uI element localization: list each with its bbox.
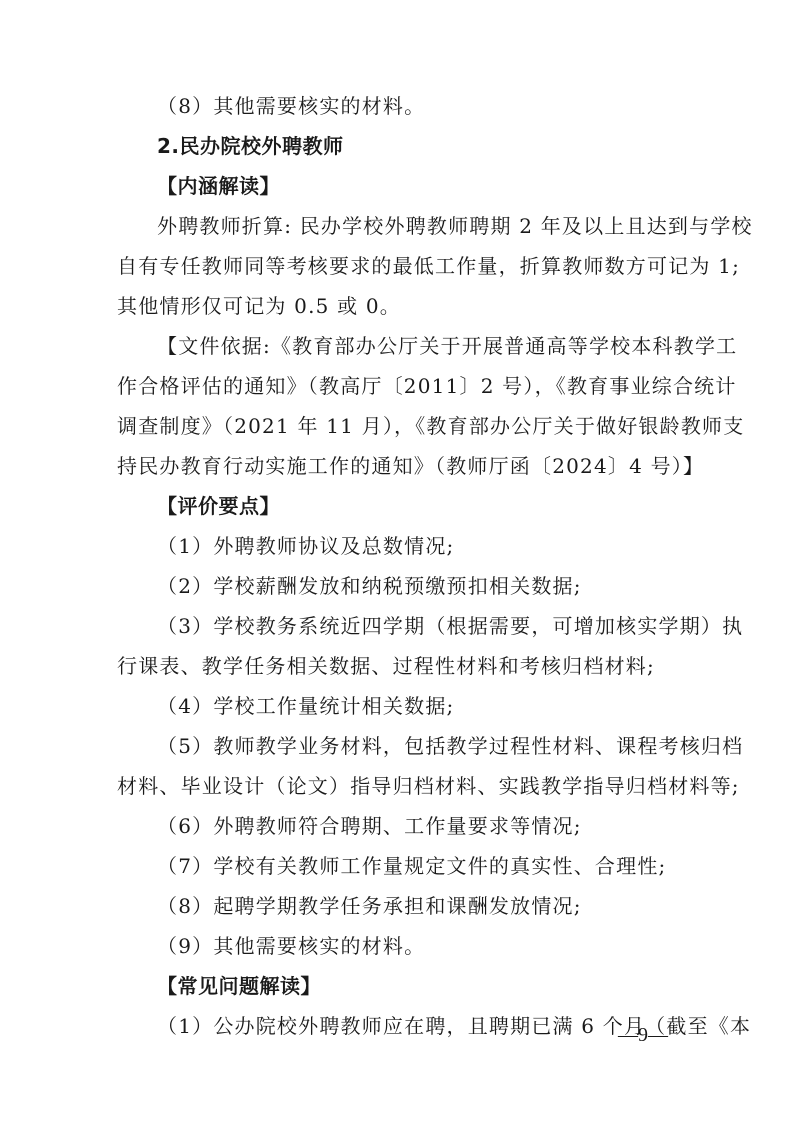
text-line: 作合格评估的通知》（教高厅〔2011〕2 号），《教育事业综合统计 xyxy=(117,374,677,398)
section-heading: 2.民办院校外聘教师 xyxy=(157,134,717,158)
text-line: （9）其他需要核实的材料。 xyxy=(157,934,717,958)
text-line: （1）外聘教师协议及总数情况; xyxy=(157,534,717,558)
text-line: （2）学校薪酬发放和纳税预缴预扣相关数据; xyxy=(157,574,717,598)
text-line: 材料、毕业设计（论文）指导归档材料、实践教学指导归档材料等; xyxy=(117,774,677,798)
text-line: （4）学校工作量统计相关数据; xyxy=(157,694,717,718)
section-heading: 【常见问题解读】 xyxy=(157,974,717,998)
page-number: —9— xyxy=(618,1024,668,1047)
text-line: （7）学校有关教师工作量规定文件的真实性、合理性; xyxy=(157,854,717,878)
section-heading: 【评价要点】 xyxy=(157,494,717,518)
text-line: 外聘教师折算: 民办学校外聘教师聘期 2 年及以上且达到与学校 xyxy=(157,214,717,238)
document-page: （8）其他需要核实的材料。2.民办院校外聘教师【内涵解读】外聘教师折算: 民办学… xyxy=(0,0,793,1122)
text-line: （6）外聘教师符合聘期、工作量要求等情况; xyxy=(157,814,717,838)
text-line: 【文件依据:《教育部办公厅关于开展普通高等学校本科教学工 xyxy=(157,334,717,358)
text-line: （3）学校教务系统近四学期（根据需要，可增加核实学期）执 xyxy=(157,614,717,638)
text-line: 调查制度》（2021 年 11 月），《教育部办公厅关于做好银龄教师支 xyxy=(117,414,677,438)
text-line: 持民办教育行动实施工作的通知》（教师厅函〔2024〕4 号）】 xyxy=(117,454,677,478)
text-line: 自有专任教师同等考核要求的最低工作量，折算教师数方可记为 1; xyxy=(117,254,677,278)
text-line: 行课表、教学任务相关数据、过程性材料和考核归档材料; xyxy=(117,654,677,678)
text-line: 其他情形仅可记为 0.5 或 0。 xyxy=(117,294,677,318)
text-line: （8）其他需要核实的材料。 xyxy=(157,94,717,118)
text-line: （5）教师教学业务材料，包括教学过程性材料、课程考核归档 xyxy=(157,734,717,758)
section-heading: 【内涵解读】 xyxy=(157,174,717,198)
text-line: （8）起聘学期教学任务承担和课酬发放情况; xyxy=(157,894,717,918)
